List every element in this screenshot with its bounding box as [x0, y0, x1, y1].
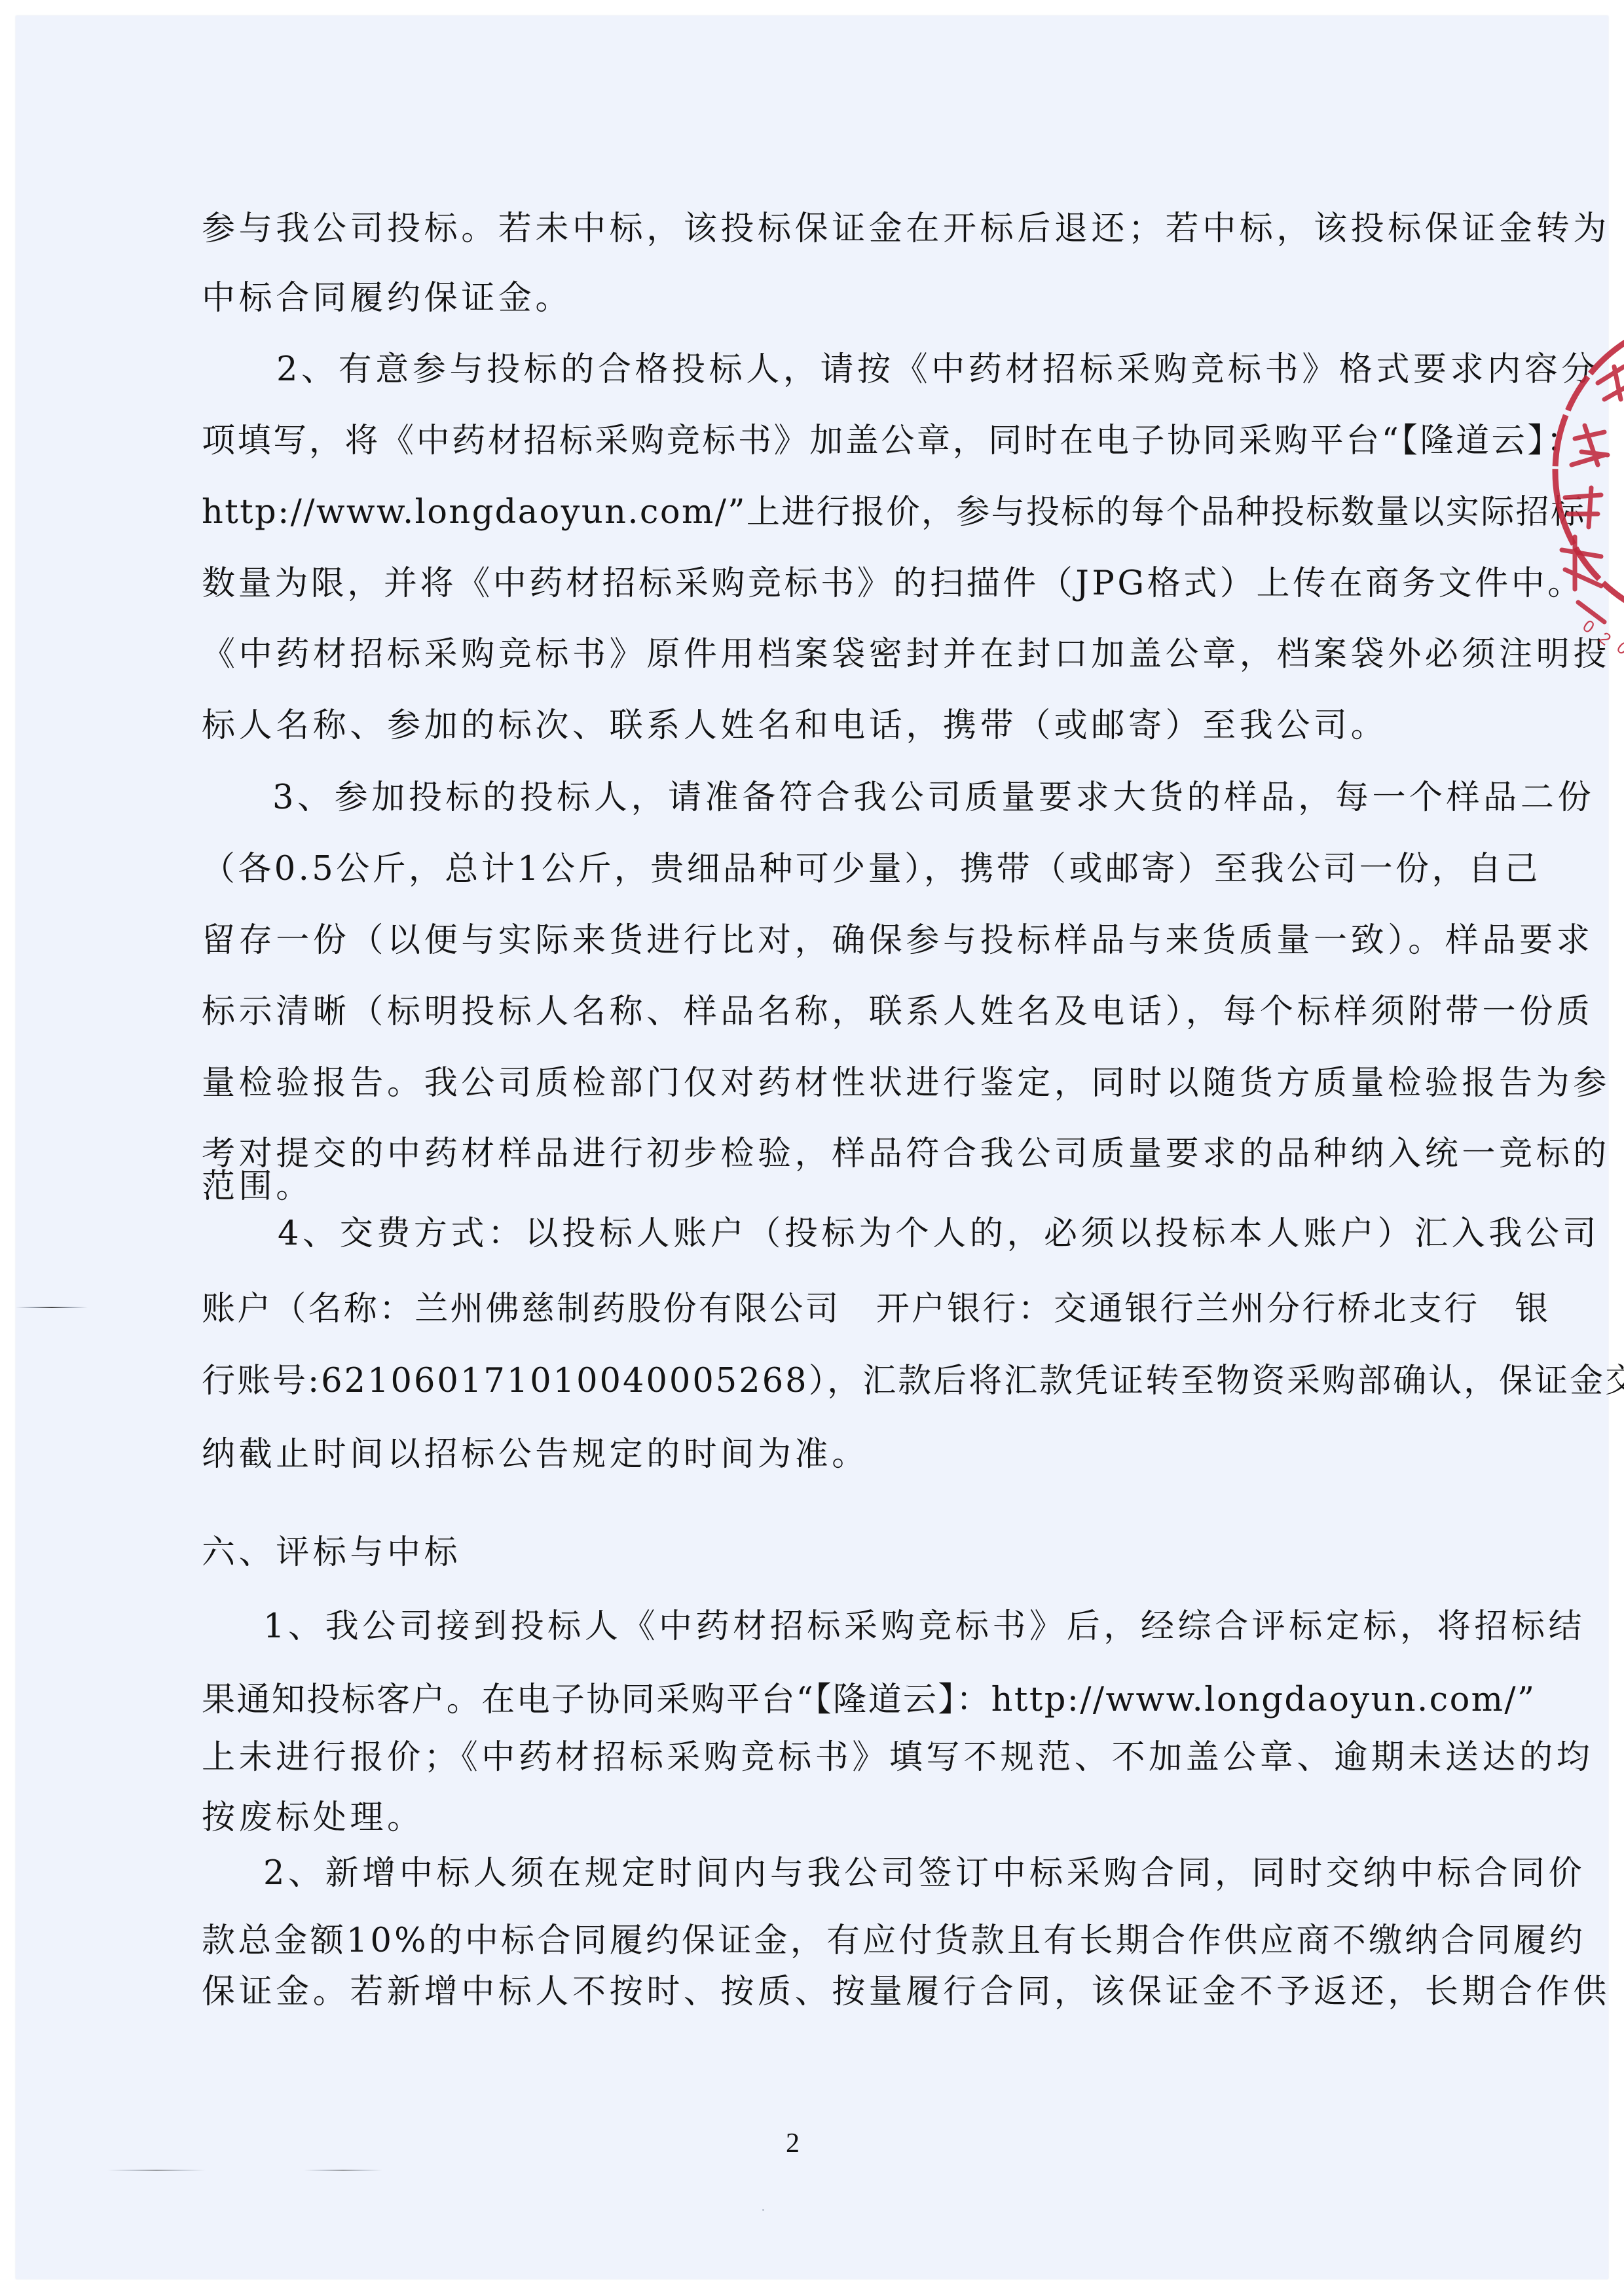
text-line: 数量为限，并将《中药材招标采购竞标书》的扫描件（JPG格式）上传在商务文件中。 — [202, 563, 1584, 605]
scan-dust — [762, 2209, 764, 2211]
text-line: 款总金额10%的中标合同履约保证金，有应付货款且有长期合作供应商不缴纳合同履约 — [202, 1920, 1585, 1962]
svg-text:0: 0 — [1579, 615, 1598, 637]
text-line: 参与我公司投标。若未中标，该投标保证金在开标后退还；若中标，该投标保证金转为 — [202, 208, 1610, 250]
text-line: 保证金。若新增中标人不按时、按质、按量履行合同，该保证金不予返还，长期合作供 — [202, 1971, 1610, 2013]
scanned-page: 参与我公司投标。若未中标，该投标保证金在开标后退还；若中标，该投标保证金转为 中… — [16, 16, 1608, 2279]
company-seal: 0 2 0 — [1536, 288, 1624, 655]
text-line: 标示清晰（标明投标人名称、样品名称，联系人姓名及电话），每个标样须附带一份质 — [202, 991, 1593, 1033]
text-line: 1、我公司接到投标人《中药材招标采购竞标书》后，经综合评标定标，将招标结 — [263, 1606, 1585, 1648]
text-line: 考对提交的中药材样品进行初步检验，样品符合我公司质量要求的品种纳入统一竞标的 — [202, 1133, 1610, 1175]
text-line: 2、新增中标人须在规定时间内与我公司签订中标采购合同，同时交纳中标合同价 — [263, 1853, 1585, 1895]
text-line: 范围。 — [202, 1166, 313, 1208]
text-line: 《中药材招标采购竞标书》原件用档案袋密封并在封口加盖公章，档案袋外必须注明投 — [202, 634, 1610, 676]
text-line: 项填写，将《中药材招标采购竞标书》加盖公章，同时在电子协同采购平台“【隆道云】： — [202, 420, 1582, 462]
text-line: 2、有意参与投标的合格投标人，请按《中药材招标采购竞标书》格式要求内容分 — [276, 349, 1598, 391]
text-line: 按废标处理。 — [202, 1797, 424, 1839]
text-line: 量检验报告。我公司质检部门仅对药材性状进行鉴定，同时以随货方质量检验报告为参 — [202, 1063, 1610, 1104]
svg-text:0: 0 — [1613, 638, 1624, 655]
page-number: 2 — [786, 2128, 800, 2159]
text-line: 留存一份（以便与实际来货进行比对，确保参与投标样品与来货质量一致）。样品要求 — [202, 920, 1593, 962]
text-line: （各0.5公斤，总计1公斤，贵细品种可少量），携带（或邮寄）至我公司一份，自己 — [202, 848, 1541, 890]
seal-ring-icon: 0 2 0 — [1536, 288, 1624, 655]
scan-margin-mark — [16, 1307, 88, 1308]
scan-bottom-mark — [304, 2170, 382, 2171]
text-line: 账户（名称：兰州佛慈制药股份有限公司 开户银行：交通银行兰州分行桥北支行 银 — [202, 1288, 1551, 1330]
text-line: 3、参加投标的投标人，请准备符合我公司质量要求大货的样品，每一个样品二份 — [272, 777, 1595, 819]
text-line: 标人名称、参加的标次、联系人姓名和电话，携带（或邮寄）至我公司。 — [202, 705, 1388, 747]
text-line: http://www.longdaoyun.com/”上进行报价，参与投标的每个… — [202, 492, 1585, 534]
text-line: 果通知投标客户。在电子协同采购平台“【隆道云】：http://www.longd… — [202, 1679, 1536, 1721]
text-line: 中标合同履约保证金。 — [202, 278, 572, 319]
text-line: 上未进行报价；《中药材招标采购竞标书》填写不规范、不加盖公章、逾期未送达的均 — [202, 1737, 1593, 1779]
scan-dust — [559, 1152, 561, 1154]
scan-dust — [1096, 1299, 1098, 1301]
text-line: 纳截止时间以招标公告规定的时间为准。 — [202, 1434, 869, 1476]
text-line: 4、交费方式：以投标人账户（投标为个人的，必须以投标本人账户）汇入我公司 — [278, 1213, 1600, 1255]
section-heading: 六、评标与中标 — [202, 1532, 461, 1574]
scan-bottom-mark — [107, 2170, 206, 2171]
text-line: 行账号:621060171010040005268），汇款后将汇款凭证转至物资采… — [202, 1360, 1624, 1402]
scan-dust — [906, 1685, 908, 1687]
svg-text:2: 2 — [1595, 628, 1615, 649]
